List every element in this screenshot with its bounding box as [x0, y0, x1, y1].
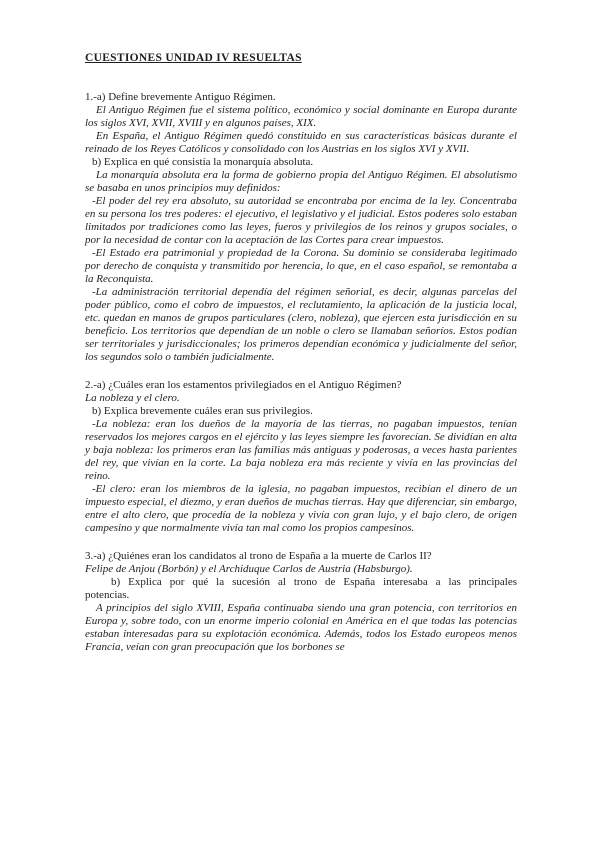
paragraph: 2.-a) ¿Cuáles eran los estamentos privil…: [85, 379, 517, 392]
paragraph: -La administración territorial dependía …: [85, 286, 517, 364]
paragraph: b) Explica en qué consistía la monarquía…: [85, 156, 517, 169]
paragraph: 3.-a) ¿Quiénes eran los candidatos al tr…: [85, 550, 517, 563]
page-title: CUESTIONES UNIDAD IV RESUELTAS: [85, 52, 517, 65]
paragraph: La monarquía absoluta era la forma de go…: [85, 169, 517, 195]
paragraph: -El Estado era patrimonial y propiedad d…: [85, 247, 517, 286]
paragraph: b) Explica brevemente cuáles eran sus pr…: [85, 405, 517, 418]
paragraph: -El poder del rey era absoluto, su autor…: [85, 195, 517, 247]
paragraph: Felipe de Anjou (Borbón) y el Archiduque…: [85, 563, 517, 576]
paragraph: En España, el Antiguo Régimen quedó cons…: [85, 130, 517, 156]
paragraph: -El clero: eran los miembros de la igles…: [85, 483, 517, 535]
paragraph: b) Explica por qué la sucesión al trono …: [85, 576, 517, 602]
document-paragraphs: 1.-a) Define brevemente Antiguo Régimen.…: [85, 91, 517, 654]
paragraph: A principios del siglo XVIII, España con…: [85, 602, 517, 654]
document-page: CUESTIONES UNIDAD IV RESUELTAS 1.-a) Def…: [0, 0, 600, 848]
paragraph: El Antiguo Régimen fue el sistema políti…: [85, 104, 517, 130]
paragraph: La nobleza y el clero.: [85, 392, 517, 405]
paragraph: 1.-a) Define brevemente Antiguo Régimen.: [85, 91, 517, 104]
paragraph: -La nobleza: eran los dueños de la mayor…: [85, 418, 517, 483]
